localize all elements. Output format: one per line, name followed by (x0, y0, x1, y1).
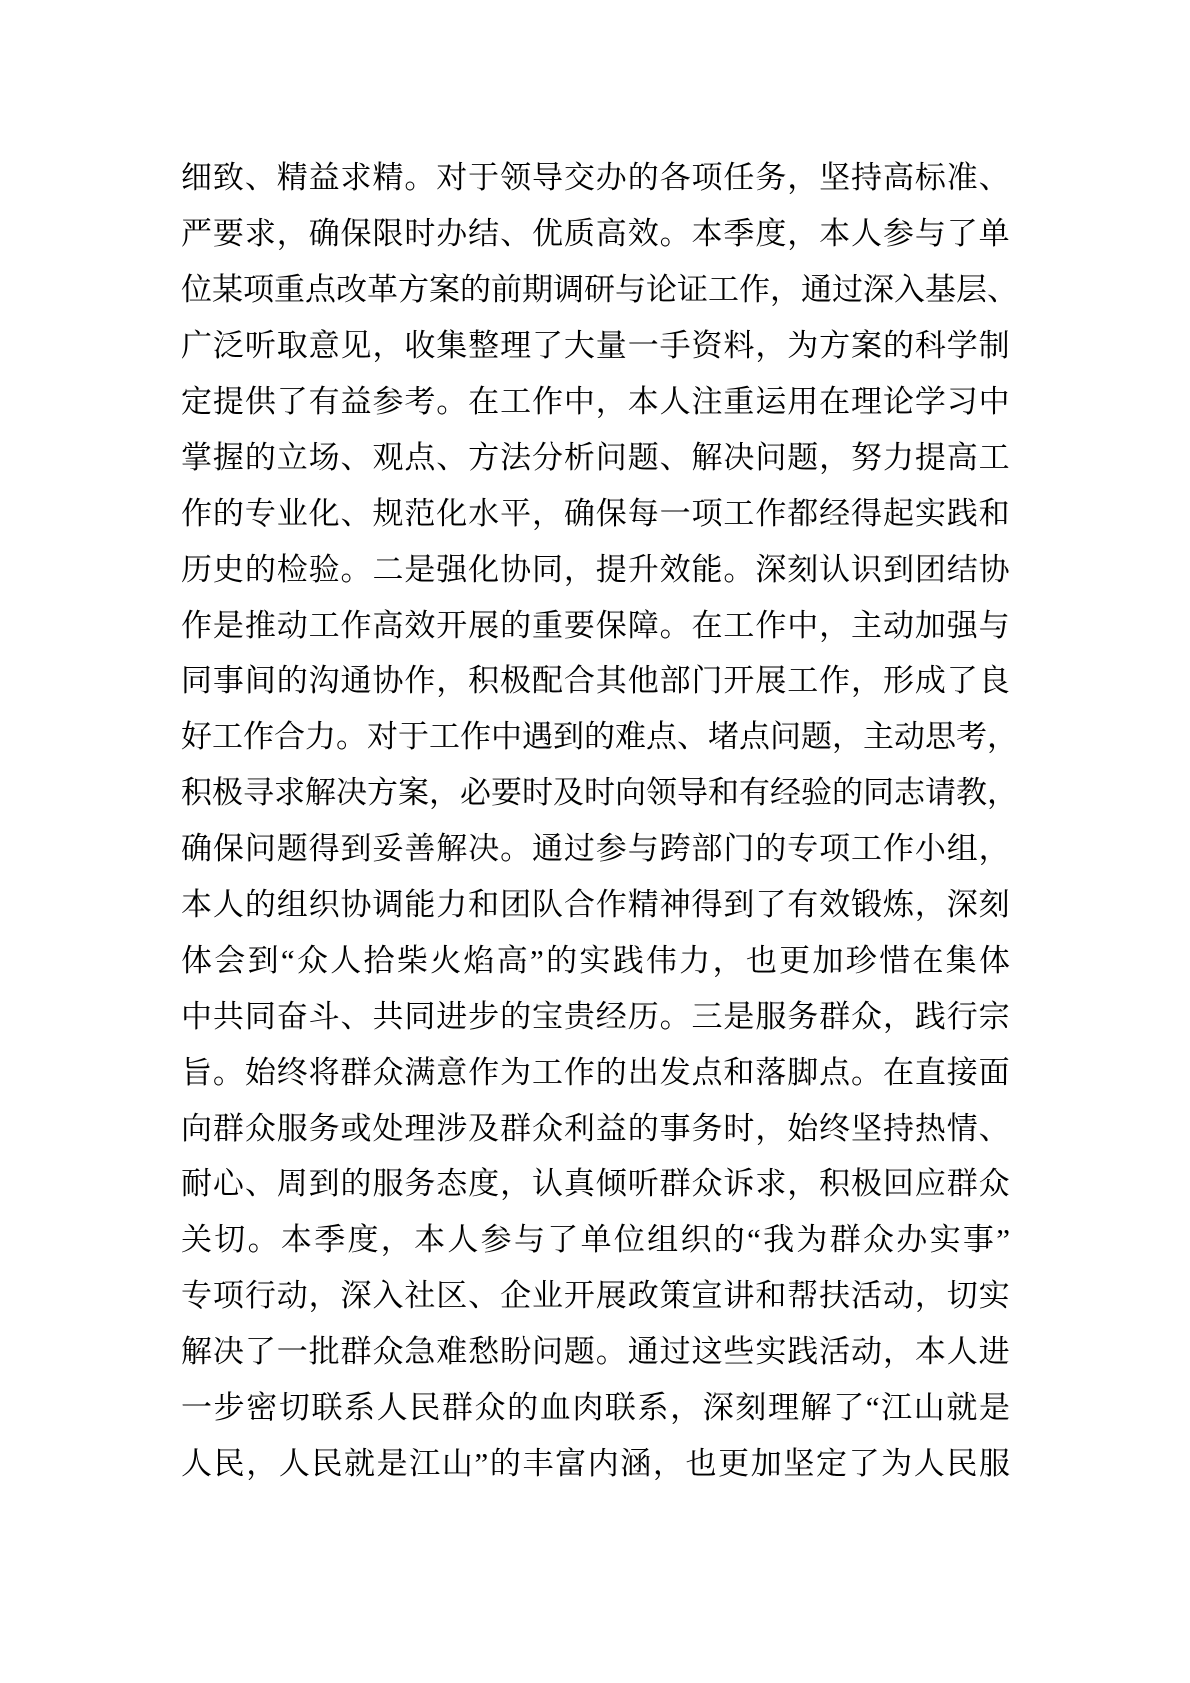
text-line: 掌握的立场、观点、方法分析问题、解决问题，努力提高工 (181, 429, 1010, 485)
text-line: 作是推动工作高效开展的重要保障。在工作中，主动加强与 (181, 597, 1010, 653)
text-line: 专项行动，深入社区、企业开展政策宣讲和帮扶活动，切实 (181, 1268, 1010, 1324)
text-line: 旨。始终将群众满意作为工作的出发点和落脚点。在直接面 (181, 1044, 1010, 1100)
text-line: 同事间的沟通协作，积极配合其他部门开展工作，形成了良 (181, 653, 1010, 709)
text-line: 体会到“众人拾柴火焰高”的实践伟力，也更加珍惜在集体 (181, 932, 1010, 988)
text-line: 定提供了有益参考。在工作中，本人注重运用在理论学习中 (181, 374, 1010, 430)
text-line: 好工作合力。对于工作中遇到的难点、堵点问题，主动思考， (181, 709, 1010, 765)
text-line: 关切。本季度，本人参与了单位组织的“我为群众办实事” (181, 1212, 1010, 1268)
text-line: 中共同奋斗、共同进步的宝贵经历。三是服务群众，践行宗 (181, 988, 1010, 1044)
text-line: 耐心、周到的服务态度，认真倾听群众诉求，积极回应群众 (181, 1156, 1010, 1212)
text-line: 积极寻求解决方案，必要时及时向领导和有经验的同志请教， (181, 765, 1010, 821)
text-line: 历史的检验。二是强化协同，提升效能。深刻认识到团结协 (181, 541, 1010, 597)
document-text-block: 细致、精益求精。对于领导交办的各项任务，坚持高标准、严要求，确保限时办结、优质高… (181, 150, 1010, 1491)
text-line: 位某项重点改革方案的前期调研与论证工作，通过深入基层、 (181, 262, 1010, 318)
text-line: 确保问题得到妥善解决。通过参与跨部门的专项工作小组， (181, 821, 1010, 877)
text-line: 向群众服务或处理涉及群众利益的事务时，始终坚持热情、 (181, 1100, 1010, 1156)
text-line: 作的专业化、规范化水平，确保每一项工作都经得起实践和 (181, 485, 1010, 541)
text-line: 本人的组织协调能力和团队合作精神得到了有效锻炼，深刻 (181, 877, 1010, 933)
text-line: 广泛听取意见，收集整理了大量一手资料，为方案的科学制 (181, 318, 1010, 374)
text-line: 严要求，确保限时办结、优质高效。本季度，本人参与了单 (181, 206, 1010, 262)
text-line: 一步密切联系人民群众的血肉联系，深刻理解了“江山就是 (181, 1380, 1010, 1436)
text-line: 解决了一批群众急难愁盼问题。通过这些实践活动，本人进 (181, 1324, 1010, 1380)
text-line: 人民，人民就是江山”的丰富内涵，也更加坚定了为人民服 (181, 1435, 1010, 1491)
text-line: 细致、精益求精。对于领导交办的各项任务，坚持高标准、 (181, 150, 1010, 206)
document-page: 细致、精益求精。对于领导交办的各项任务，坚持高标准、严要求，确保限时办结、优质高… (0, 0, 1190, 1683)
